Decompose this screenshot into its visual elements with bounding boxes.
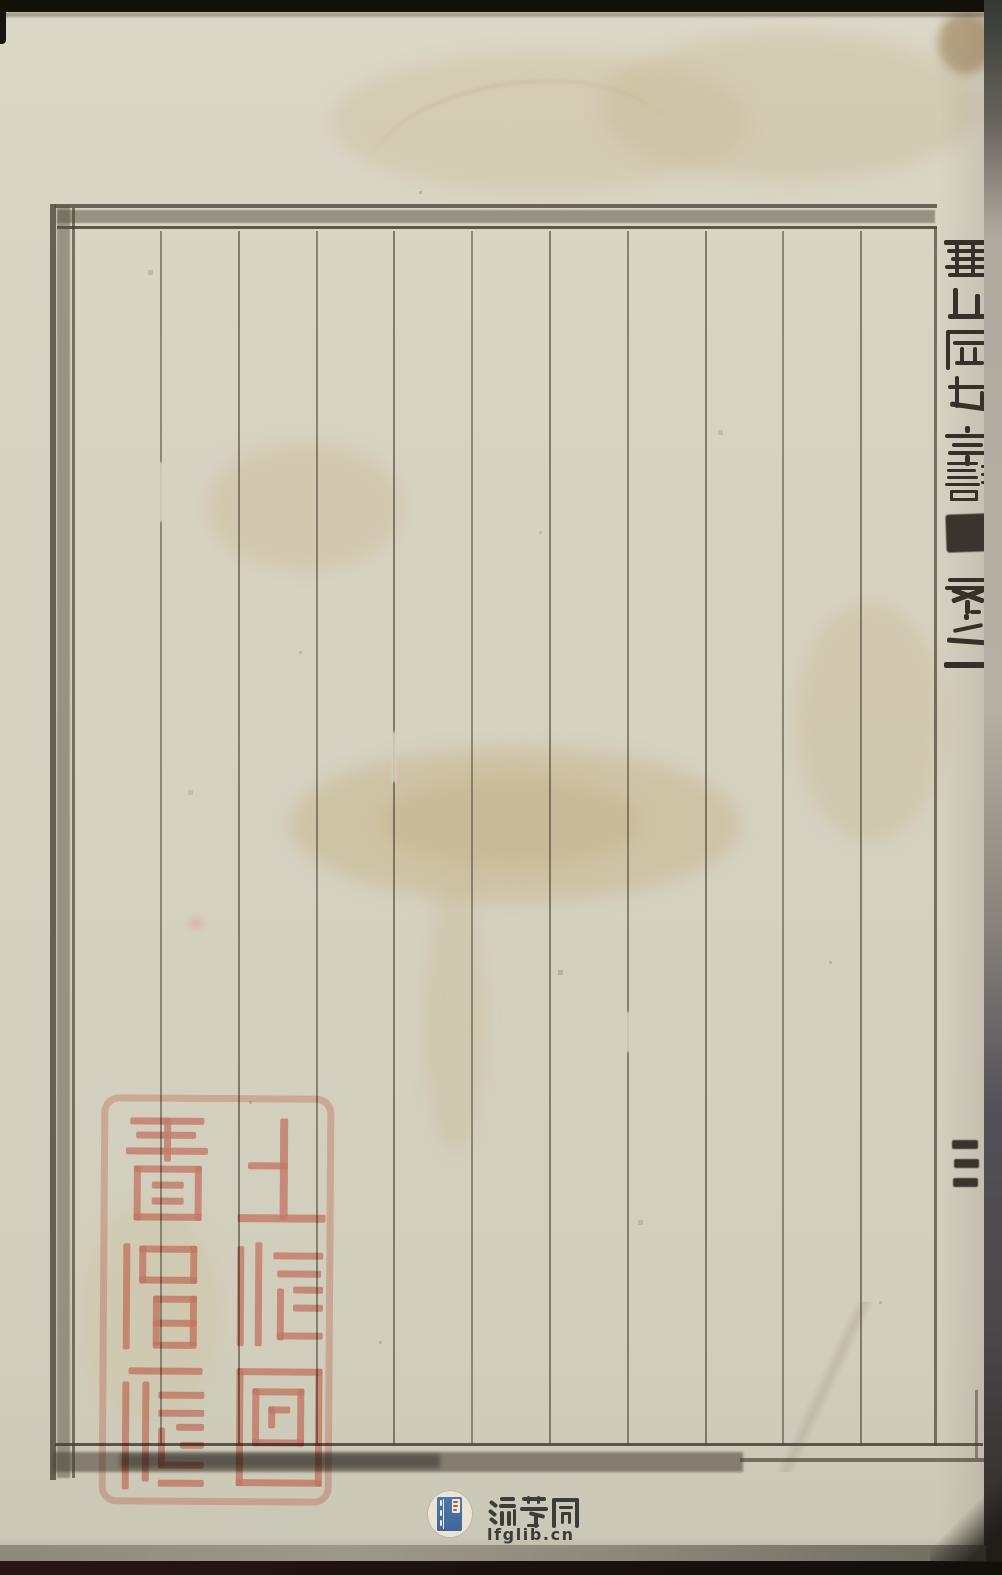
photo-corner-shadow: [930, 1478, 1002, 1562]
column-rule: [627, 231, 629, 1445]
crease-bottom-right: [690, 1302, 960, 1472]
margin-title: 靈山屈氏宗譜 卷之一: [944, 238, 986, 688]
frame-top-outer-line: [55, 204, 937, 208]
scanned-page: 靈山屈氏宗譜 卷之一 上海圖書館藏: [0, 12, 986, 1561]
photo-top-edge: [0, 0, 1002, 12]
frame-left-outer-line: [50, 204, 56, 1480]
book-title-slip: [452, 1499, 460, 1513]
frame-right-outer-line: [975, 1390, 978, 1458]
book-icon: [437, 1497, 462, 1531]
column-rule: [471, 231, 473, 1445]
rule-break: [392, 732, 396, 782]
stain-right-mid: [795, 602, 945, 842]
photo-right-edge: [984, 0, 1002, 1575]
seal-glyph-hai: [235, 1242, 328, 1355]
stain-mid-left: [205, 442, 405, 572]
title-glyph-shi: [944, 376, 986, 416]
seal-glyph-shu: [122, 1115, 213, 1228]
book-scan-photo: 靈山屈氏宗譜 卷之一 上海圖書館藏: [0, 0, 1002, 1575]
seal-glyph-guan: [121, 1241, 212, 1354]
title-glyph-pu: [944, 462, 986, 508]
column-rule: [860, 231, 862, 1445]
page-bottom-edge-band: [0, 1545, 986, 1562]
top-edge-shadow: [0, 12, 986, 17]
column-rule: [705, 231, 707, 1445]
stain-center-core: [380, 777, 640, 867]
seal-glyph-cang: [120, 1367, 211, 1494]
library-seal-stamp: 上海圖書館藏: [99, 1094, 335, 1506]
stain-pink-dot: [188, 917, 204, 930]
seal-glyph-shang: [236, 1116, 329, 1229]
frame-left-inner-line: [72, 208, 75, 1478]
title-glyph-yi: [944, 660, 986, 672]
watermark-badge: [428, 1491, 472, 1537]
title-glyph-ling: [944, 238, 986, 282]
photo-top-left-notch: [0, 8, 6, 44]
title-glyph-juan: [944, 572, 986, 616]
stain-trail: [425, 882, 485, 1152]
column-rule: [549, 231, 551, 1445]
title-glyph-shan: [944, 286, 986, 324]
column-rule: [393, 231, 395, 1445]
frame-right-line: [934, 228, 937, 1446]
ink-smudge-block: [945, 513, 986, 552]
rule-break: [159, 462, 163, 522]
frame-bottom-right-line: [740, 1458, 984, 1462]
rule-break: [626, 1012, 630, 1052]
edge-character-fragments: [952, 1140, 982, 1190]
title-glyph-qu: [944, 330, 986, 372]
frame-top-band: [57, 210, 935, 223]
frame-top-inner-line: [57, 226, 937, 229]
watermark-url: lfglib.cn: [487, 1525, 575, 1544]
frame-left-band: [57, 206, 70, 1478]
seal-glyph-tu: [234, 1368, 327, 1495]
title-glyph-zhi: [944, 614, 986, 650]
column-rule: [782, 231, 784, 1445]
title-glyph-zong: [944, 426, 986, 464]
photo-bottom-edge: [0, 1561, 1002, 1575]
